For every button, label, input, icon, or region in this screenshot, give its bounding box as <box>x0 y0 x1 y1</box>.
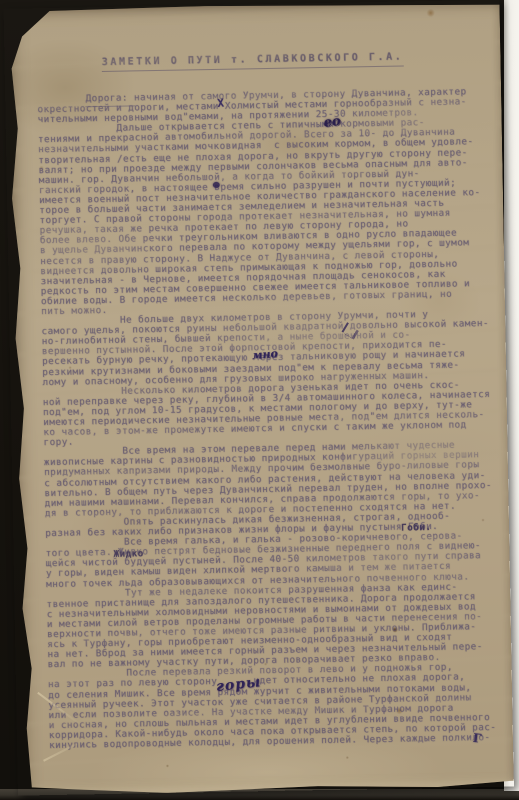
photo-bottom-strip <box>0 789 519 800</box>
ink-note-eo: ео <box>323 114 342 131</box>
overstrike-gobi: Гоби. <box>401 522 431 534</box>
ink-note-kh: Х <box>217 97 225 110</box>
page-title: ЗАМЕТКИ О ПУТИ т. СЛАВКОВСКОГО Г.А. <box>102 51 404 71</box>
typewritten-body: Дорога: начиная от самого Урумчи, в стор… <box>37 87 507 751</box>
overstrike-zhidko: Жидко <box>113 548 143 560</box>
typewritten-page: ЗАМЕТКИ О ПУТИ т. СЛАВКОВСКОГО Г.А. Доро… <box>4 0 514 796</box>
ink-note-g: Г <box>472 731 482 746</box>
ink-note-mno: мно <box>251 347 278 362</box>
